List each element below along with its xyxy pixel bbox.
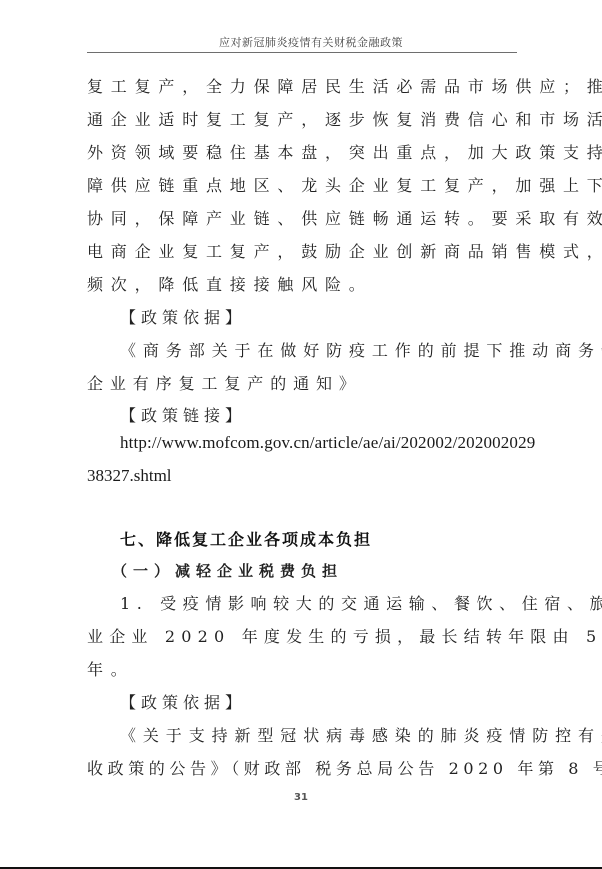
policy-link-url[interactable]: http://www.mofcom.gov.cn/article/ae/ai/2… xyxy=(120,433,560,453)
paragraph-line: 外资领域要稳住基本盘，突出重点，加大政策支持，优先保 xyxy=(87,143,527,163)
list-item-line: 业企业 2020 年度发生的亏损，最长结转年限由 5 年延长至 8 xyxy=(87,627,527,647)
sub-heading: （一）减轻企业税费负担 xyxy=(112,561,343,581)
policy-link-url-continued[interactable]: 38327.shtml xyxy=(87,466,527,486)
running-header-title: 应对新冠肺炎疫情有关财税金融政策 xyxy=(87,36,517,50)
policy-basis-title: 《关于支持新型冠状病毒感染的肺炎疫情防控有关税 xyxy=(120,726,560,746)
policy-basis-label: 【政策依据】 xyxy=(120,308,246,328)
paragraph-line: 电商企业复工复产，鼓励企业创新商品销售模式，减少配送 xyxy=(87,242,527,262)
policy-basis-title: 《商务部关于在做好防疫工作的前提下推动商务领域 xyxy=(120,341,560,361)
list-item-line: 年。 xyxy=(87,660,527,680)
paragraph-line: 复工复产，全力保障居民生活必需品市场供应；推动其他流 xyxy=(87,77,527,97)
paragraph-line: 通企业适时复工复产，逐步恢复消费信心和市场活力。外贸 xyxy=(87,110,527,130)
policy-basis-title: 企业有序复工复产的通知》 xyxy=(87,374,527,394)
paragraph-line: 频次，降低直接接触风险。 xyxy=(87,275,527,295)
policy-link-label: 【政策链接】 xyxy=(120,406,246,426)
paragraph-line: 协同，保障产业链、供应链畅通运转。要采取有效措施支持 xyxy=(87,209,527,229)
policy-basis-label: 【政策依据】 xyxy=(120,693,246,713)
policy-basis-title: 收政策的公告》（财政部 税务总局公告 2020 年第 8 号） xyxy=(87,759,527,779)
section-heading: 七、降低复工企业各项成本负担 xyxy=(120,530,372,550)
list-item-line: 1. 受疫情影响较大的交通运输、餐饮、住宿、旅游等行 xyxy=(120,594,560,614)
page-number: 31 xyxy=(0,792,602,803)
document-page: 应对新冠肺炎疫情有关财税金融政策 复工复产，全力保障居民生活必需品市场供应；推动… xyxy=(0,0,602,869)
paragraph-line: 障供应链重点地区、龙头企业复工复产，加强上下游各环节 xyxy=(87,176,527,196)
header-divider xyxy=(87,52,517,53)
